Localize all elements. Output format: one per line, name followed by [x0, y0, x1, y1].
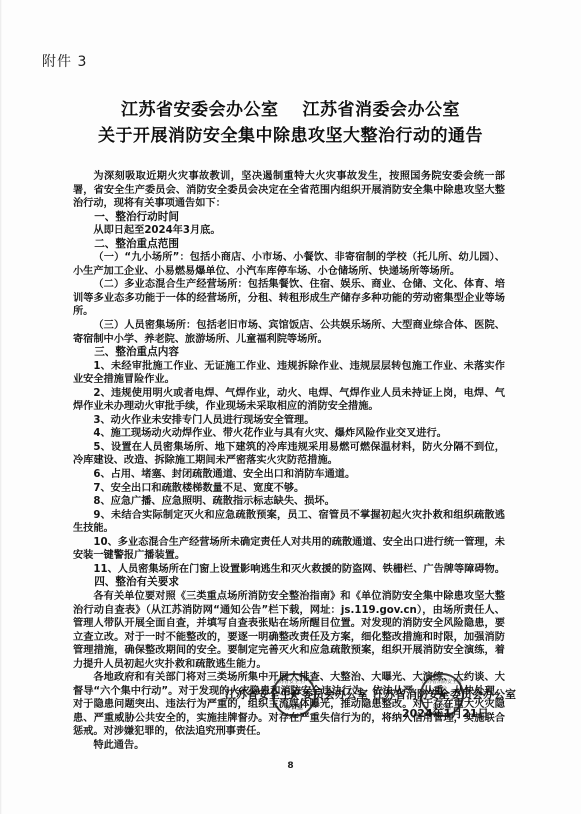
seal-ring-text: 江苏省消防安全委员会	[422, 678, 462, 692]
list-item: 10、多业态混合生产经营场所未确定责任人对共用的疏散通道、安全出口进行统一管理，…	[73, 536, 505, 563]
section-heading-time: 一、整治行动时间	[73, 211, 505, 225]
list-item: 8、应急广播、应急照明、疏散指示标志缺失、损坏。	[73, 495, 505, 509]
section-paragraph: 各有关单位要对照《三类重点场所消防安全整治指南》和《单位消防安全集中除患攻坚大整…	[73, 590, 505, 671]
list-item: 6、占用、堵塞、封闭疏散通道、安全出口和消防车通道。	[73, 468, 505, 482]
seal-ring-text: 江苏省安全生产委员会	[274, 678, 314, 692]
list-item: 7、安全出口和疏散楼梯数量不足、宽度不够。	[73, 482, 505, 496]
list-item: 4、施工现场动火动焊作业、带火花作业与具有火灾、爆炸风险作业交叉进行。	[73, 427, 505, 441]
document-body: 为深刻吸取近期火灾事故教训，坚决遏制重特大火灾事故发生，按照国务院安委会统一部署…	[73, 170, 505, 753]
title-notice-subject: 关于开展消防安全集中除患攻坚大整治行动的通告	[0, 121, 581, 146]
section-paragraph: 从即日起至2024年3月底。	[73, 224, 505, 238]
title-issuing-offices: 江苏省安委会办公室 江苏省消委会办公室	[0, 95, 581, 120]
section-paragraph: （三）人员密集场所：包括老旧市场、宾馆饭店、公共娱乐场所、大型商业综合体、医院、…	[73, 319, 505, 346]
list-item: 11、人员密集场所在门窗上设置影响逃生和灭火救援的防盗网、铁栅栏、广告牌等障碍物…	[73, 563, 505, 577]
attachment-label: 附件 3	[42, 51, 87, 71]
seal-bottom-text: 办公室	[274, 702, 314, 711]
page-number: 8	[0, 761, 581, 771]
closing-line: 特此通告。	[73, 739, 505, 753]
list-item: 2、违规使用明火或者电焊、气焊作业，动火、电焊、气焊作业人员未持证上岗，电焊、气…	[73, 387, 505, 414]
section-paragraph: （一）“九小场所”：包括小商店、小市场、小餐饮、非寄宿制的学校（托儿所、幼儿园）…	[73, 251, 505, 278]
document-page: 附件 3 江苏省安委会办公室 江苏省消委会办公室 关于开展消防安全集中除患攻坚大…	[0, 0, 581, 814]
signature-date: 2024年1月21日	[402, 705, 489, 721]
list-item: 5、设置在人员密集场所、地下建筑的冷库违规采用易燃可燃保温材料，防火分隔不到位，…	[73, 441, 505, 468]
section-heading-requirements: 四、整治有关要求	[73, 576, 505, 590]
list-item: 9、未结合实际制定灭火和应急疏散预案，员工、宿管员不掌握初起火灾扑救和组织疏散逃…	[73, 509, 505, 536]
list-item: 1、未经审批施工作业、无证施工作业、违规拆除作业、违规层层转包施工作业、未落实作…	[73, 360, 505, 387]
list-item: 3、动火作业未安排专门人员进行现场安全管理。	[73, 414, 505, 428]
section-heading-content: 三、整治重点内容	[73, 346, 505, 360]
official-seal-icon: 江苏省安全生产委员会 ★ 办公室	[272, 673, 316, 717]
section-paragraph: （二）多业态混合生产经营场所：包括集餐饮、住宿、娱乐、商业、仓储、文化、体育、培…	[73, 278, 505, 319]
intro-paragraph: 为深刻吸取近期火灾事故教训，坚决遏制重特大火灾事故发生，按照国务院安委会统一部署…	[73, 170, 505, 211]
section-heading-scope: 二、整治重点范围	[73, 238, 505, 252]
